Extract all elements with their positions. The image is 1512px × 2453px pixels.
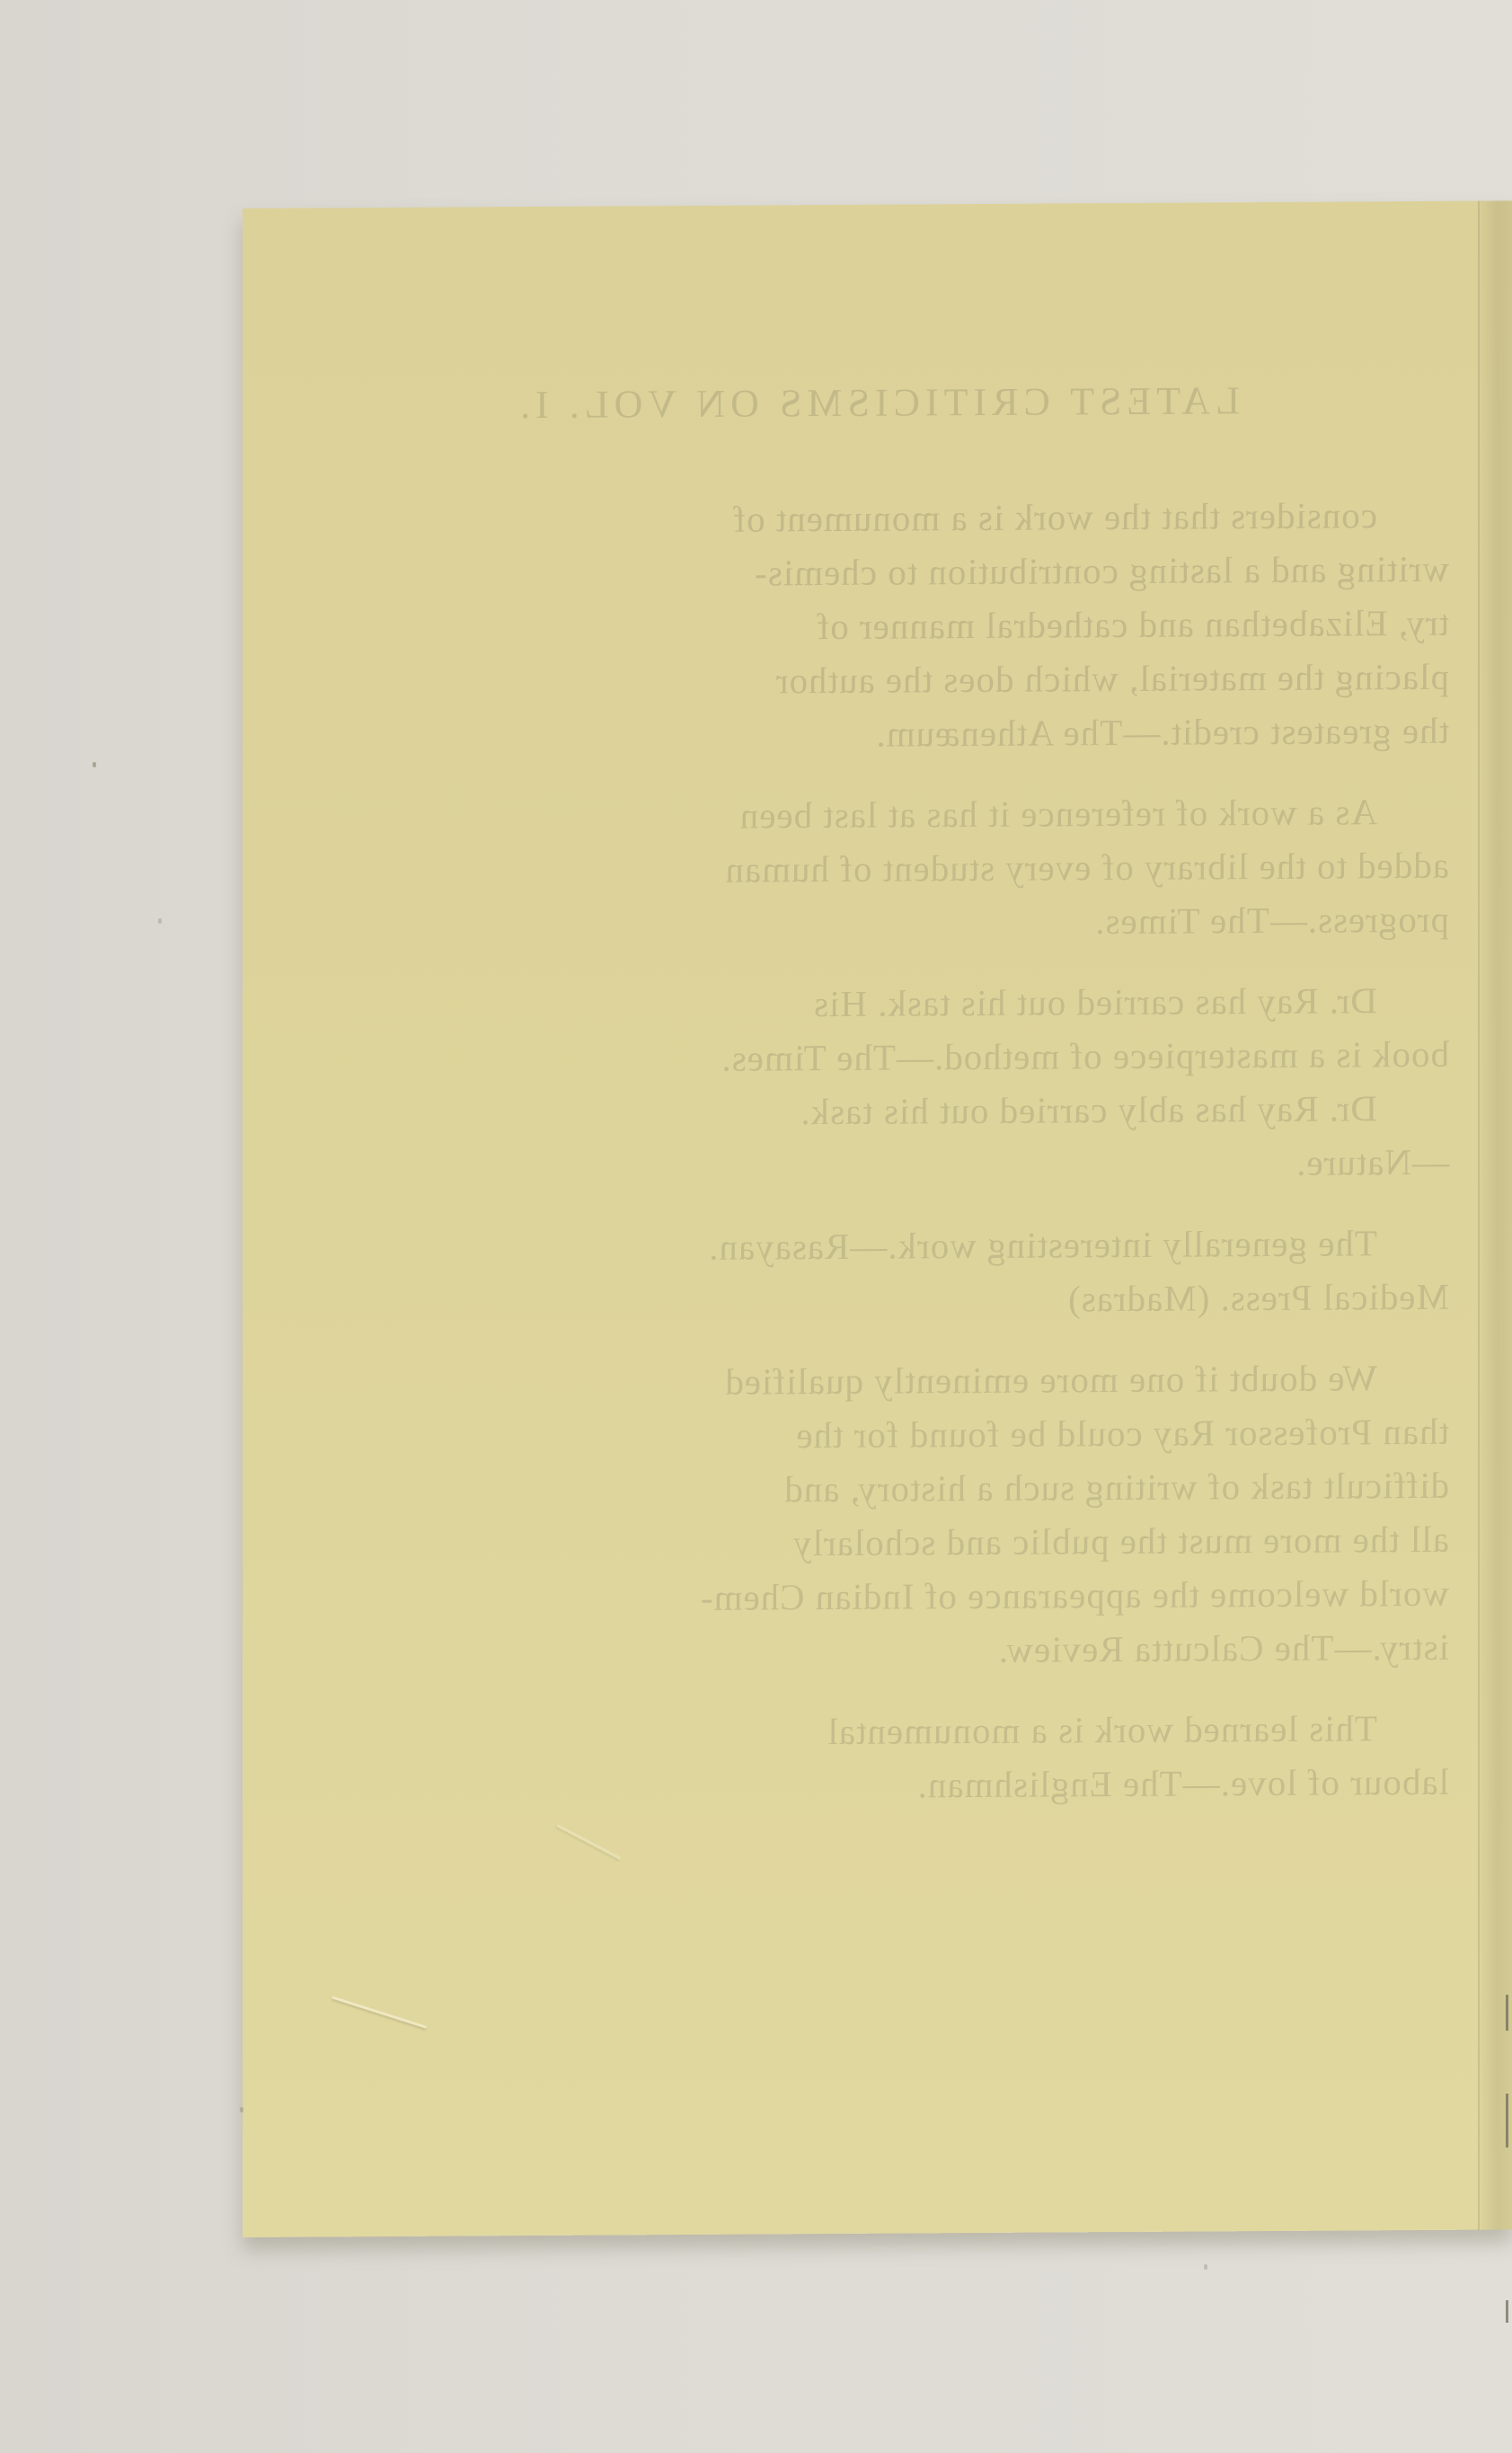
scan-speck xyxy=(158,918,162,924)
show-through-line: progress.—The Times. xyxy=(1094,898,1449,943)
show-through-line: try, Elizabethan and cathedral manner of xyxy=(817,601,1449,648)
scan-edge-mark xyxy=(1506,1995,1508,2031)
show-through-line: book is a masterpiece of method.—The Tim… xyxy=(721,1032,1450,1080)
scan-edge-mark xyxy=(1506,2094,1508,2147)
show-through-line: labour of love.—The Englishman. xyxy=(917,1760,1449,1807)
show-through-line: Medical Press. (Madras) xyxy=(1067,1275,1449,1321)
show-through-line: considers that the work is a monument of xyxy=(732,493,1377,540)
show-through-line: istry.—The Calcutta Review. xyxy=(998,1625,1449,1671)
show-through-line: world welcome the appearance of Indian C… xyxy=(700,1572,1449,1619)
show-through-line: We doubt if one more eminently qualified xyxy=(724,1356,1377,1403)
show-through-line: This learned work is a monumental xyxy=(827,1706,1377,1753)
show-through-line: difficult task of writing such a history… xyxy=(783,1464,1449,1511)
scan-edge-mark xyxy=(1506,2300,1508,2323)
show-through-line: added to the library of every student of… xyxy=(724,844,1449,891)
show-through-line: Dr. Ray has carried out his task. His xyxy=(813,979,1377,1025)
show-through-line: The generally interesting work.—Rasayan. xyxy=(708,1221,1377,1269)
show-through-line: writing and a lasting contribution to ch… xyxy=(754,547,1449,595)
scan-speck xyxy=(93,762,96,767)
show-through-title: LATEST CRITICISMS ON VOL. I. xyxy=(243,376,1512,429)
show-through-line: placing the material, which does the aut… xyxy=(775,655,1449,703)
show-through-line: Dr. Ray has ably carried out his task. xyxy=(800,1086,1377,1133)
scan-speck xyxy=(240,2107,243,2112)
show-through-line: —Nature. xyxy=(1295,1140,1449,1184)
show-through-line: the greatest credit.—The Athenæum. xyxy=(875,709,1449,756)
mirrored-show-through-text: LATEST CRITICISMS ON VOL. I. considers t… xyxy=(243,200,1512,2237)
paper-page: LATEST CRITICISMS ON VOL. I. considers t… xyxy=(243,200,1512,2237)
show-through-line: all the more must the public and scholar… xyxy=(792,1518,1449,1564)
show-through-line: As a work of reference it has at last be… xyxy=(739,790,1377,837)
scan-speck xyxy=(1204,2264,1207,2270)
show-through-line: than Professor Ray could be found for th… xyxy=(795,1410,1449,1457)
